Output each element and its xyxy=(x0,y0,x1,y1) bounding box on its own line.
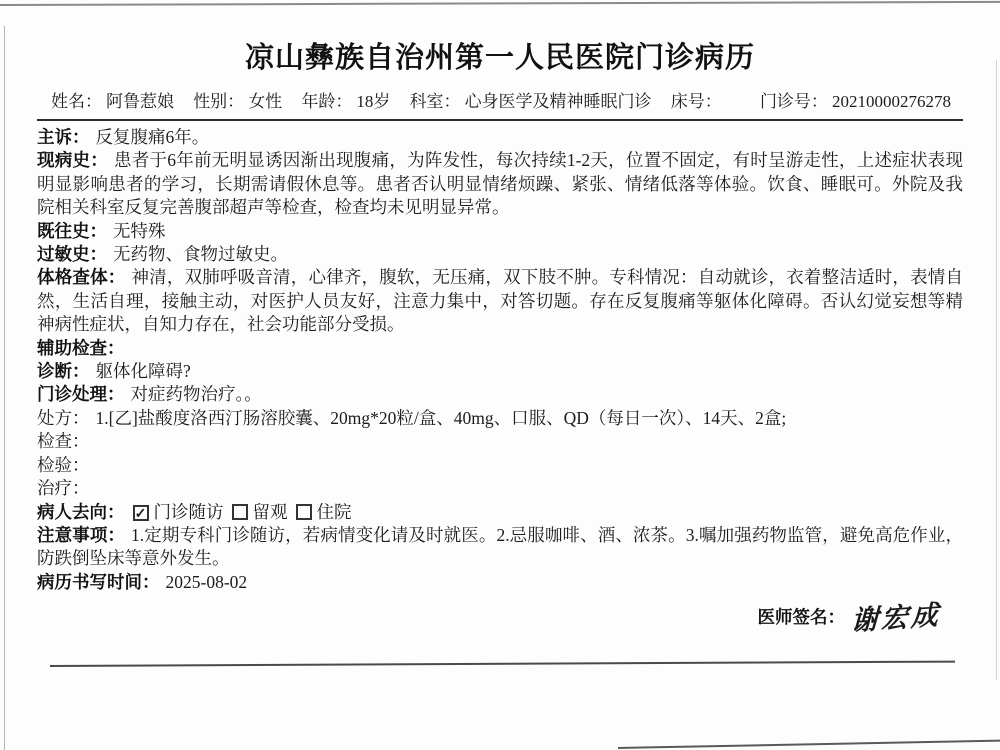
physical-exam-label: 体格查体： xyxy=(37,267,125,287)
diagnosis-text: 躯体化障碍? xyxy=(96,361,191,381)
past-history-label: 既往史： xyxy=(37,221,107,241)
section-therapy: 治疗： xyxy=(37,477,963,500)
section-chief-complaint: 主诉：反复腹痛6年。 xyxy=(37,126,963,149)
record-content: 凉山彝族自治州第一人民医院门诊病历 姓名：阿鲁惹娘 性别：女性 年龄：18岁 科… xyxy=(37,0,963,631)
doctor-signature-label: 医师签名： xyxy=(758,607,846,627)
destination-option-observation: 留观 xyxy=(253,502,288,522)
section-diagnosis: 诊断：躯体化障碍? xyxy=(37,360,963,383)
checkbox-followup-checked-icon: ✓ xyxy=(133,505,149,521)
present-illness-text: 患者于6年前无明显诱因渐出现腹痛，为阵发性，每次持续1-2天，位置不固定，有时呈… xyxy=(37,150,963,217)
present-illness-label: 现病史： xyxy=(37,150,108,170)
aux-exam-label: 辅助检查： xyxy=(37,338,125,358)
checkbox-followup-mark: ✓ xyxy=(135,507,147,522)
patient-dept-value: 心身医学及精神睡眠门诊 xyxy=(465,92,652,111)
lab-label: 检验： xyxy=(37,455,90,475)
patient-bed-label: 床号： xyxy=(671,92,722,111)
destination-option-followup: 门诊随访 xyxy=(154,502,224,522)
patient-gender-field: 性别：女性 xyxy=(193,91,282,113)
patient-name-label: 姓名： xyxy=(51,92,102,111)
patient-age-field: 年龄：18岁 xyxy=(301,91,390,113)
section-past-history: 既往史：无特殊 xyxy=(37,220,963,243)
section-lab: 检验： xyxy=(37,454,963,477)
patient-bed-field: 床号： xyxy=(671,91,741,113)
section-treatment-plan: 门诊处理：对症药物治疗。。 xyxy=(37,383,963,406)
treatment-plan-label: 门诊处理： xyxy=(37,384,125,404)
patient-age-label: 年龄： xyxy=(301,92,352,111)
section-allergy: 过敏史：无药物、食物过敏史。 xyxy=(37,243,963,266)
section-notes: 注意事项：1.定期专科门诊随访，若病情变化请及时就医。2.忌服咖啡、酒、浓茶。3… xyxy=(37,524,963,571)
prescription-label: 处方： xyxy=(37,408,90,428)
section-prescription: 处方：1.[乙]盐酸度洛西汀肠溶胶囊、20mg*20粒/盒、40mg、口服、QD… xyxy=(37,407,963,430)
section-physical-exam: 体格查体：神清，双肺呼吸音清，心律齐，腹软，无压痛，双下肢不肿。专科情况：自动就… xyxy=(37,266,963,336)
checkbox-hospitalization-icon xyxy=(296,504,312,520)
exam-label: 检查： xyxy=(37,431,90,451)
patient-dept-label: 科室： xyxy=(410,92,461,111)
page-title: 凉山彝族自治州第一人民医院门诊病历 xyxy=(37,40,963,76)
destination-label: 病人去向： xyxy=(37,502,125,522)
scan-artifact-left-line xyxy=(4,26,5,750)
doctor-signature-handwriting: 谢宏成 xyxy=(851,604,942,634)
scan-artifact-bottom-line xyxy=(618,739,1000,749)
notes-label: 注意事项： xyxy=(37,525,125,545)
chief-complaint-label: 主诉： xyxy=(37,127,90,147)
checkbox-observation-icon xyxy=(232,504,248,520)
section-aux-exam: 辅助检查： xyxy=(37,337,963,360)
medical-record-page: 凉山彝族自治州第一人民医院门诊病历 姓名：阿鲁惹娘 性别：女性 年龄：18岁 科… xyxy=(0,0,1000,750)
allergy-text: 无药物、食物过敏史。 xyxy=(113,244,288,264)
notes-text: 1.定期专科门诊随访，若病情变化请及时就医。2.忌服咖啡、酒、浓茶。3.嘱加强药… xyxy=(37,525,963,568)
diagnosis-label: 诊断： xyxy=(37,361,90,381)
section-present-illness: 现病史：患者于6年前无明显诱因渐出现腹痛，为阵发性，每次持续1-2天，位置不固定… xyxy=(37,149,963,219)
physical-exam-text: 神清，双肺呼吸音清，心律齐，腹软，无压痛，双下肢不肿。专科情况：自动就诊，衣着整… xyxy=(37,267,963,334)
patient-visitno-label: 门诊号： xyxy=(760,92,828,111)
patient-gender-label: 性别： xyxy=(193,92,244,111)
patient-name-field: 姓名：阿鲁惹娘 xyxy=(51,91,174,113)
destination-option-hospitalization: 住院 xyxy=(317,502,352,522)
patient-dept-field: 科室：心身医学及精神睡眠门诊 xyxy=(410,91,652,113)
section-destination: 病人去向：✓门诊随访留观住院 xyxy=(37,501,963,524)
patient-visitno-field: 门诊号：20210000276278 xyxy=(760,91,951,113)
therapy-label: 治疗： xyxy=(37,478,90,498)
patient-gender-value: 女性 xyxy=(248,92,282,111)
patient-name-value: 阿鲁惹娘 xyxy=(106,92,174,111)
section-written-time: 病历书写时间：2025-08-02 xyxy=(37,571,963,594)
patient-age-value: 18岁 xyxy=(356,92,390,111)
section-exam: 检查： xyxy=(37,430,963,453)
past-history-text: 无特殊 xyxy=(113,221,166,241)
allergy-label: 过敏史： xyxy=(37,244,107,264)
written-time-label: 病历书写时间： xyxy=(37,572,160,592)
treatment-plan-text: 对症药物治疗。。 xyxy=(131,384,262,404)
scan-artifact-right-line xyxy=(996,60,997,680)
prescription-text: 1.[乙]盐酸度洛西汀肠溶胶囊、20mg*20粒/盒、40mg、口服、QD（每日… xyxy=(96,408,787,428)
patient-visitno-value: 20210000276278 xyxy=(832,92,951,111)
chief-complaint-text: 反复腹痛6年。 xyxy=(96,127,210,147)
doctor-signature-row: 医师签名：谢宏成 xyxy=(37,606,963,630)
record-body: 主诉：反复腹痛6年。 现病史：患者于6年前无明显诱因渐出现腹痛，为阵发性，每次持… xyxy=(37,126,963,631)
written-time-value: 2025-08-02 xyxy=(166,572,248,592)
bottom-separator-line xyxy=(50,661,955,667)
patient-info-row: 姓名：阿鲁惹娘 性别：女性 年龄：18岁 科室：心身医学及精神睡眠门诊 床号： … xyxy=(37,91,963,121)
